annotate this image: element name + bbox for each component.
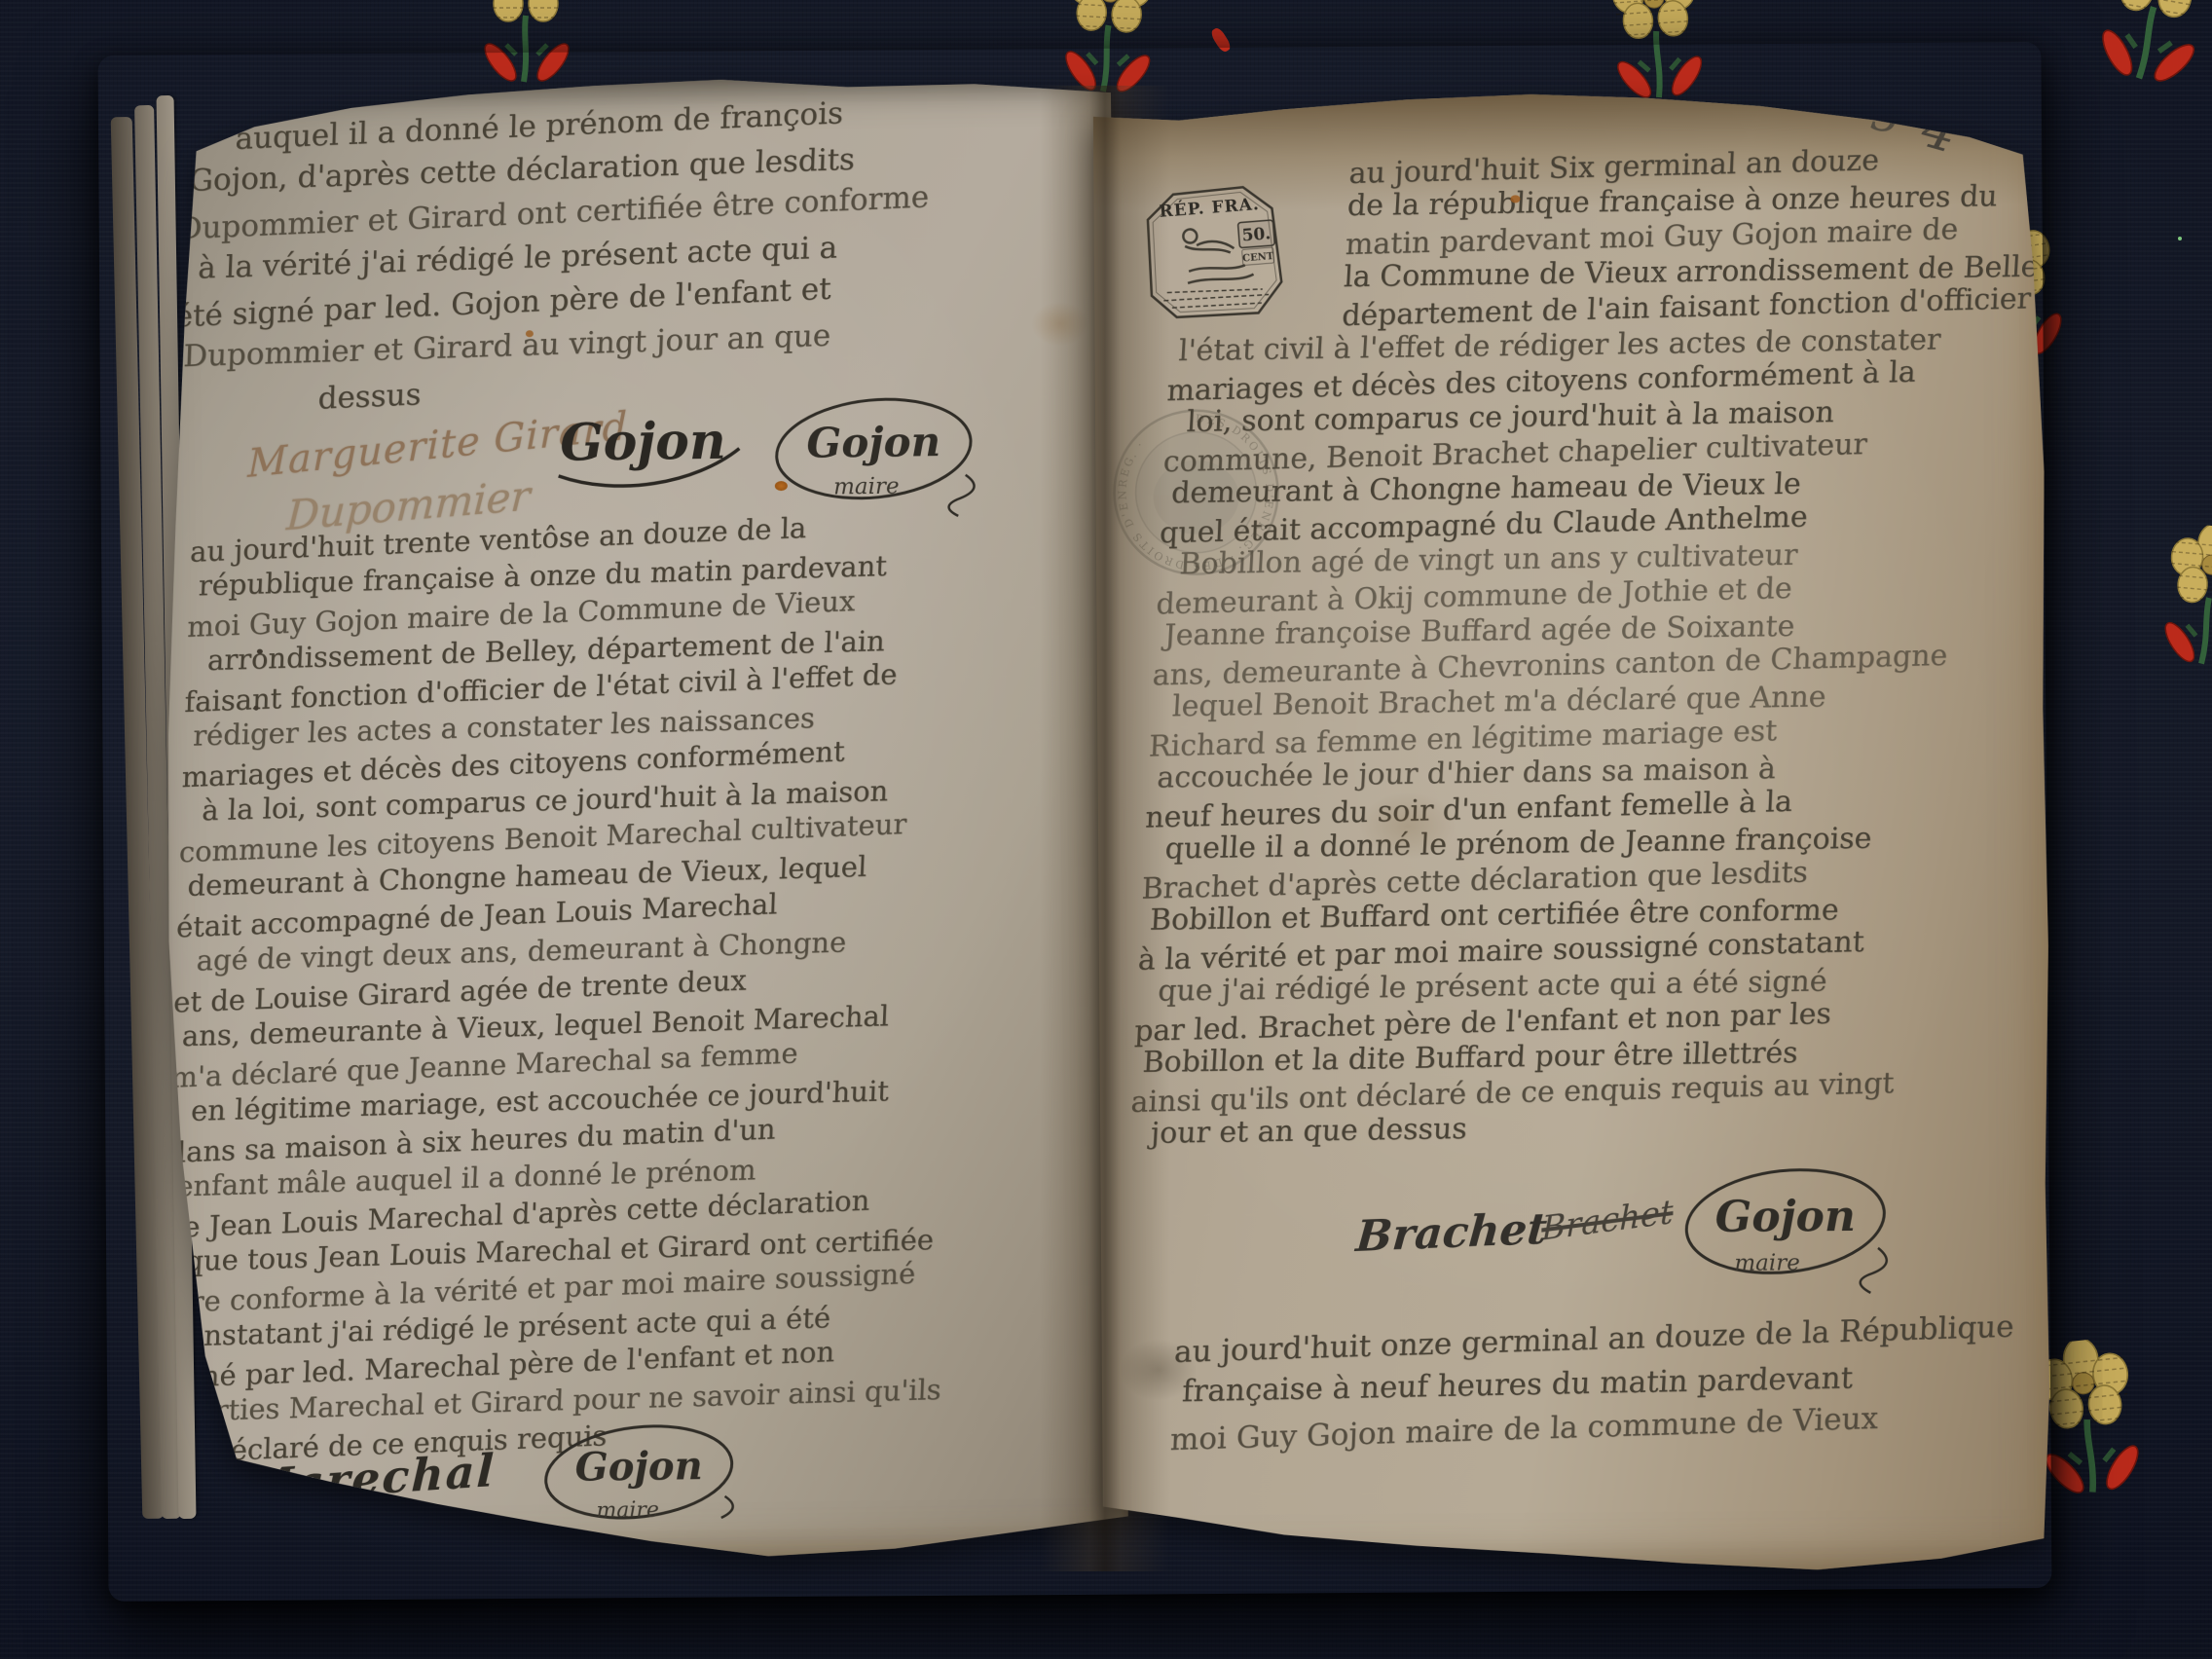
oval-title: maire bbox=[1734, 1250, 1800, 1275]
right-act-paragraph: au jourd'huit Six germinal an douzede la… bbox=[1128, 140, 2084, 1154]
signature-brachet: Brachet bbox=[1354, 1204, 1549, 1262]
embroidered-flower-icon bbox=[2073, 0, 2212, 120]
signature-gojon-text: Gojon bbox=[560, 412, 726, 473]
embroidered-flower-icon bbox=[2143, 521, 2212, 696]
right-page: DES DROITS D'ENREG. · DES DROITS D'ENREG… bbox=[1093, 87, 2056, 1575]
signature-gojon-flourish: Gojon bbox=[548, 397, 754, 507]
left-act-paragraph: au jourd'huit trente ventôse an douze de… bbox=[157, 505, 974, 1470]
right-page-paper: DES DROITS D'ENREG. · DES DROITS D'ENREG… bbox=[1093, 87, 2056, 1575]
oval-tail-flourish bbox=[1860, 1248, 1887, 1293]
mayor-oval-seal-signature: Gojon maire bbox=[1673, 1151, 1907, 1309]
oval-name: Gojon bbox=[1715, 1192, 1857, 1242]
oval-name: Gojon bbox=[806, 418, 940, 467]
bright-speck bbox=[2178, 237, 2182, 240]
corner-numeral-mark: 3 bbox=[1868, 88, 1904, 144]
left-page: auquel il a donné le prénom de françoisG… bbox=[137, 72, 1128, 1564]
signature-brachet-struck-through: Brachet bbox=[1541, 1193, 1674, 1249]
mayor-oval-seal-signature: Gojon maire bbox=[531, 1413, 756, 1552]
oval-tail-flourish bbox=[721, 1496, 733, 1518]
photograph-of-open-register: auquel il a donné le prénom de françoisG… bbox=[0, 0, 2212, 1659]
oval-title: maire bbox=[596, 1498, 659, 1524]
right-closing-paragraph: au jourd'huit onze germinal an douze de … bbox=[1169, 1308, 2014, 1459]
oval-name: Gojon bbox=[574, 1443, 703, 1491]
left-closing-paragraph: auquel il a donné le prénom de françoisG… bbox=[171, 91, 933, 425]
oval-title: maire bbox=[833, 474, 900, 500]
left-page-paper: auquel il a donné le prénom de françoisG… bbox=[137, 72, 1128, 1564]
foxing-stain bbox=[1031, 301, 1090, 347]
